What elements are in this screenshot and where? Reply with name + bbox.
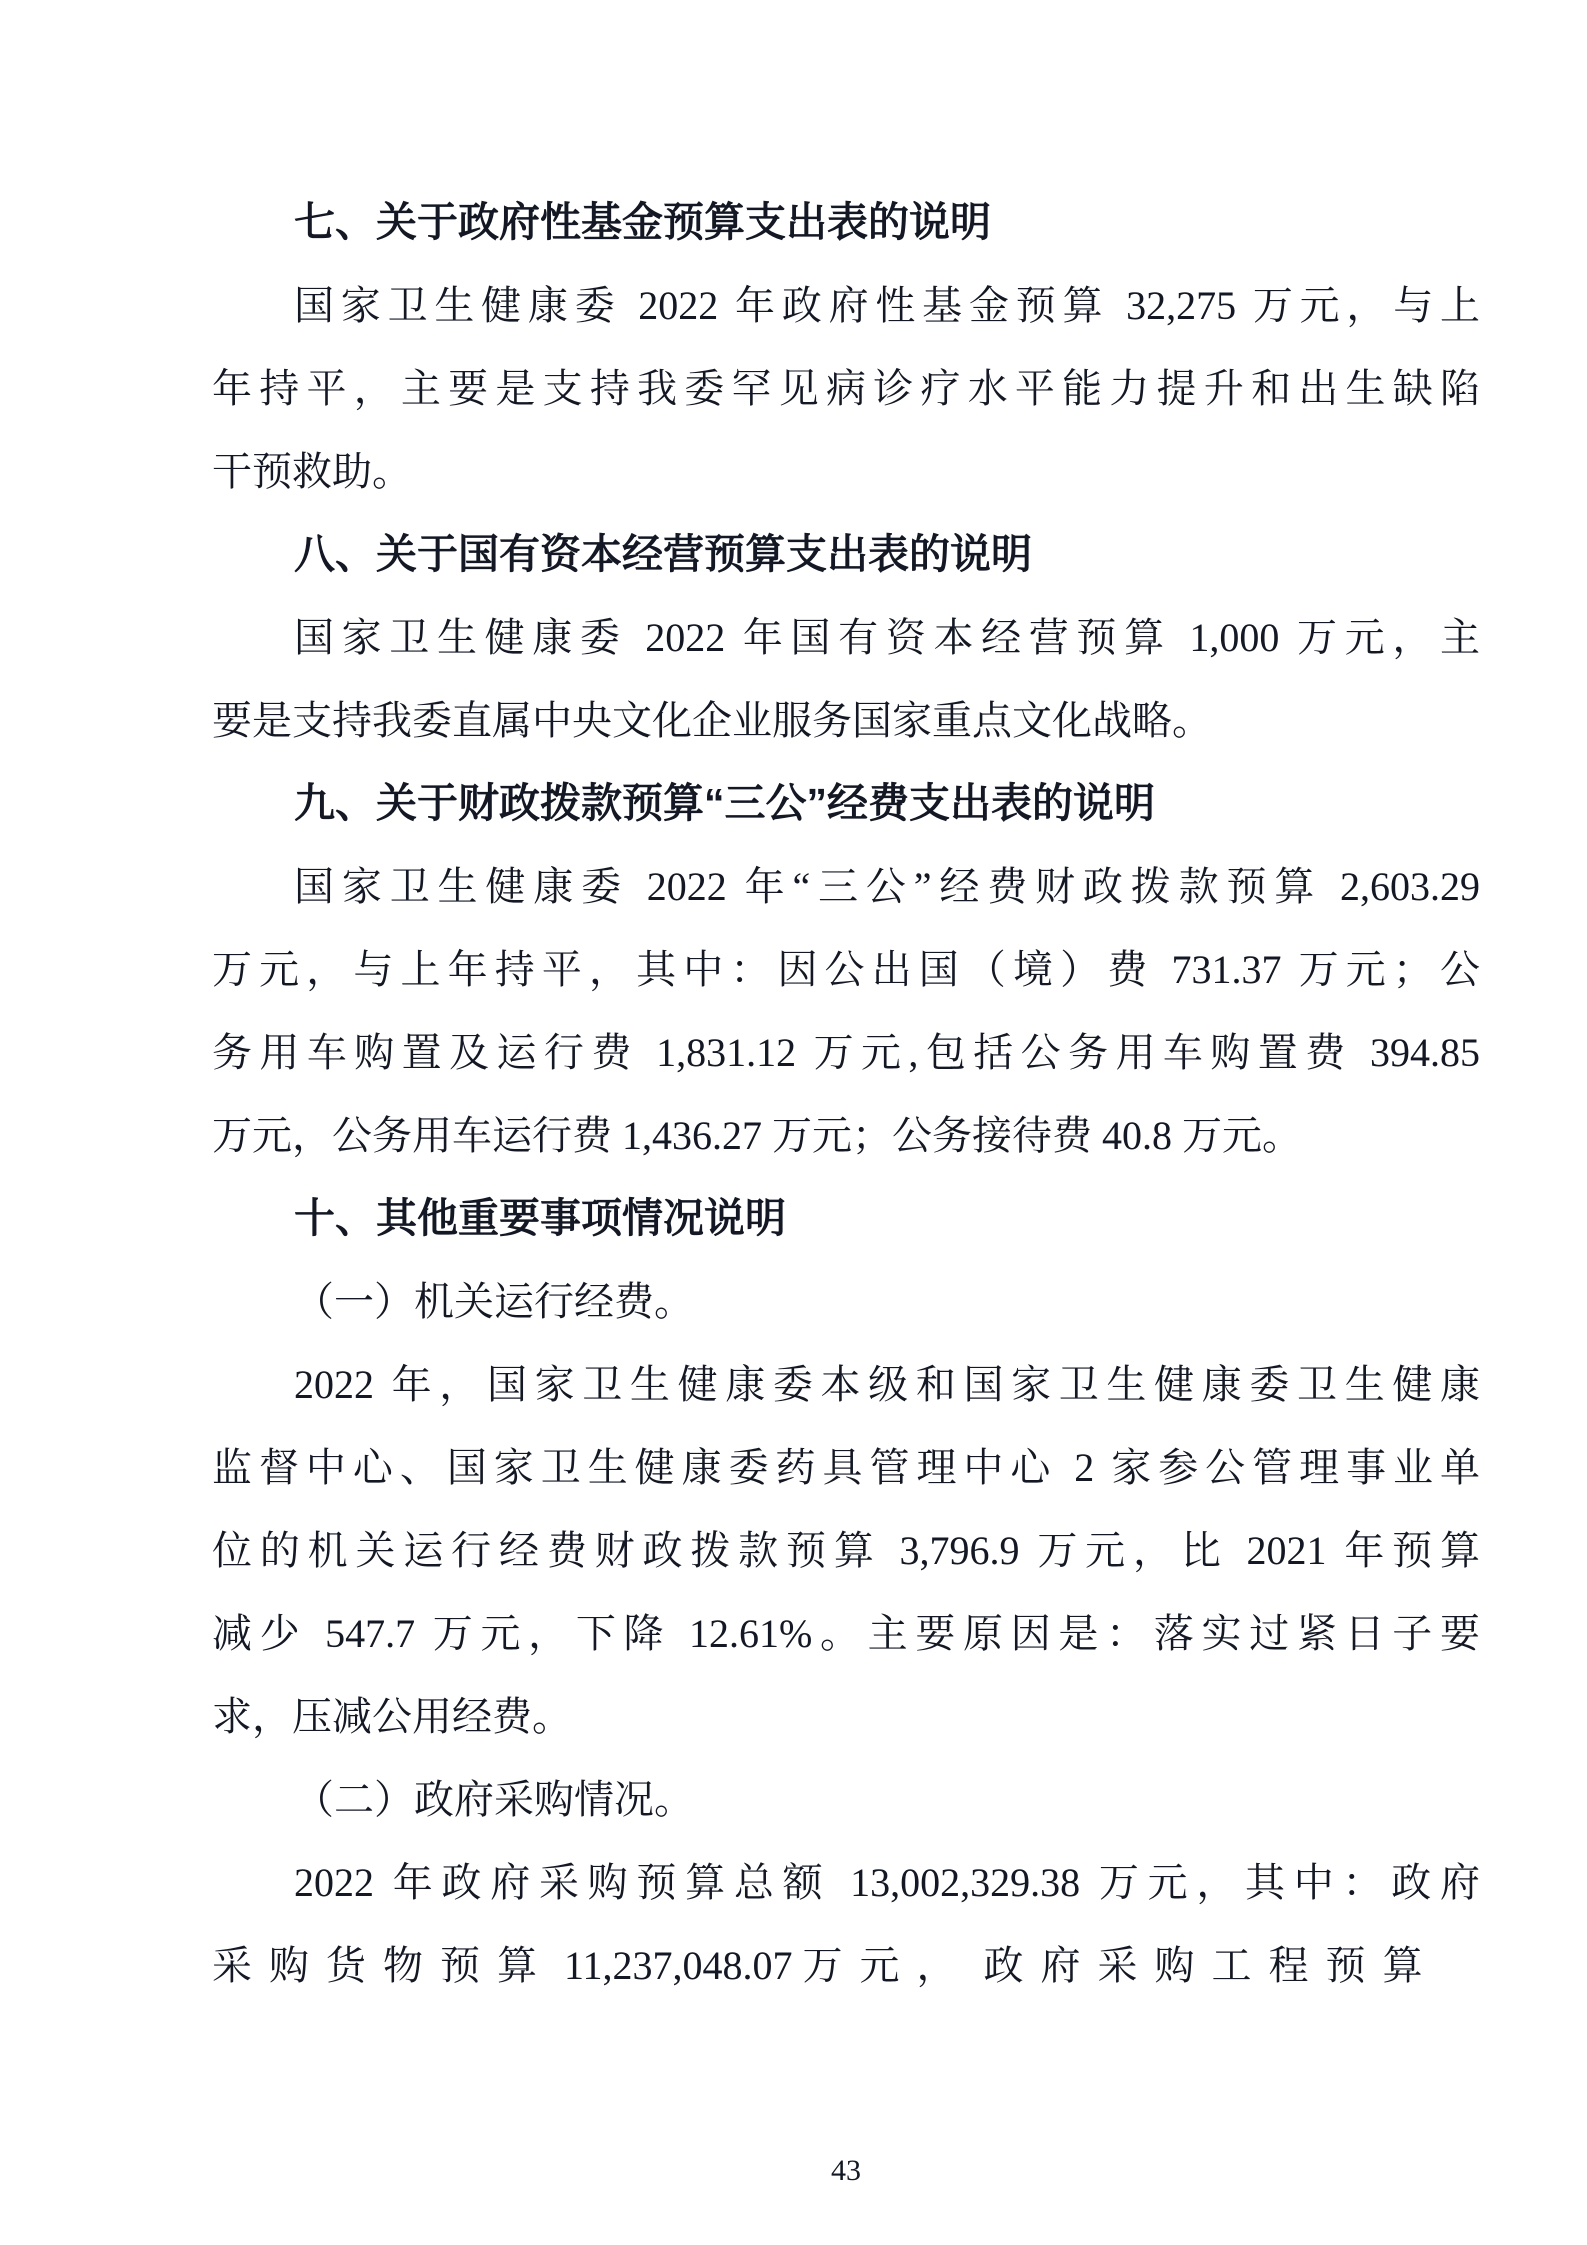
paragraph-line: 年持平，主要是支持我委罕见病诊疗水平能力提升和出生缺陷 xyxy=(212,347,1480,430)
paragraph-line: 干预救助。 xyxy=(212,430,1480,513)
section-heading: 七、关于政府性基金预算支出表的说明 xyxy=(212,181,1480,264)
text-segment: 11,237,048.07 xyxy=(554,1943,803,1988)
paragraph-line: 务用车购置及运行费 1,831.12 万元,包括公务用车购置费 394.85 xyxy=(212,1011,1480,1094)
paragraph-line: 万元，公务用车运行费 1,436.27 万元；公务接待费 40.8 万元。 xyxy=(212,1094,1480,1177)
paragraph-line: 监督中心、国家卫生健康委药具管理中心 2 家参公管理事业单 xyxy=(212,1426,1480,1509)
section-heading: 八、关于国有资本经营预算支出表的说明 xyxy=(212,513,1480,596)
paragraph-line: 国家卫生健康委 2022 年“三公”经费财政拨款预算 2,603.29 xyxy=(212,845,1480,928)
paragraph-line: 国家卫生健康委 2022 年政府性基金预算 32,275 万元，与上 xyxy=(212,264,1480,347)
paragraph-line: 2022 年政府采购预算总额 13,002,329.38 万元，其中：政府 xyxy=(212,1841,1480,1924)
document-body: 七、关于政府性基金预算支出表的说明国家卫生健康委 2022 年政府性基金预算 3… xyxy=(0,0,1587,2007)
section-heading: 十、其他重要事项情况说明 xyxy=(212,1177,1480,1260)
text-segment: 万元， xyxy=(803,1943,974,1988)
subsection-heading: （二）政府采购情况。 xyxy=(212,1758,1480,1841)
page-number: 43 xyxy=(212,2146,1480,2196)
section-heading: 九、关于财政拨款预算“三公”经费支出表的说明 xyxy=(212,762,1480,845)
text-segment: 采购货物预算 xyxy=(212,1943,554,1988)
paragraph-line: 2022 年，国家卫生健康委本级和国家卫生健康委卫生健康 xyxy=(212,1343,1480,1426)
subsection-heading: （一）机关运行经费。 xyxy=(212,1260,1480,1343)
document-page: 七、关于政府性基金预算支出表的说明国家卫生健康委 2022 年政府性基金预算 3… xyxy=(0,0,1587,2245)
text-segment: 政府采购工程预算 xyxy=(984,1943,1440,1988)
paragraph-line: 位的机关运行经费财政拨款预算 3,796.9 万元，比 2021 年预算 xyxy=(212,1509,1480,1592)
text-segment xyxy=(974,1943,984,1988)
paragraph-line: 减少 547.7 万元，下降 12.61%。主要原因是：落实过紧日子要 xyxy=(212,1592,1480,1675)
paragraph-line: 万元，与上年持平，其中：因公出国（境）费 731.37 万元；公 xyxy=(212,928,1480,1011)
paragraph-line: 采购货物预算 11,237,048.07 万元， 政府采购工程预算 xyxy=(212,1924,1480,2007)
paragraph-line: 求，压减公用经费。 xyxy=(212,1675,1480,1758)
paragraph-line: 国家卫生健康委 2022 年国有资本经营预算 1,000 万元，主 xyxy=(212,596,1480,679)
paragraph-line: 要是支持我委直属中央文化企业服务国家重点文化战略。 xyxy=(212,679,1480,762)
